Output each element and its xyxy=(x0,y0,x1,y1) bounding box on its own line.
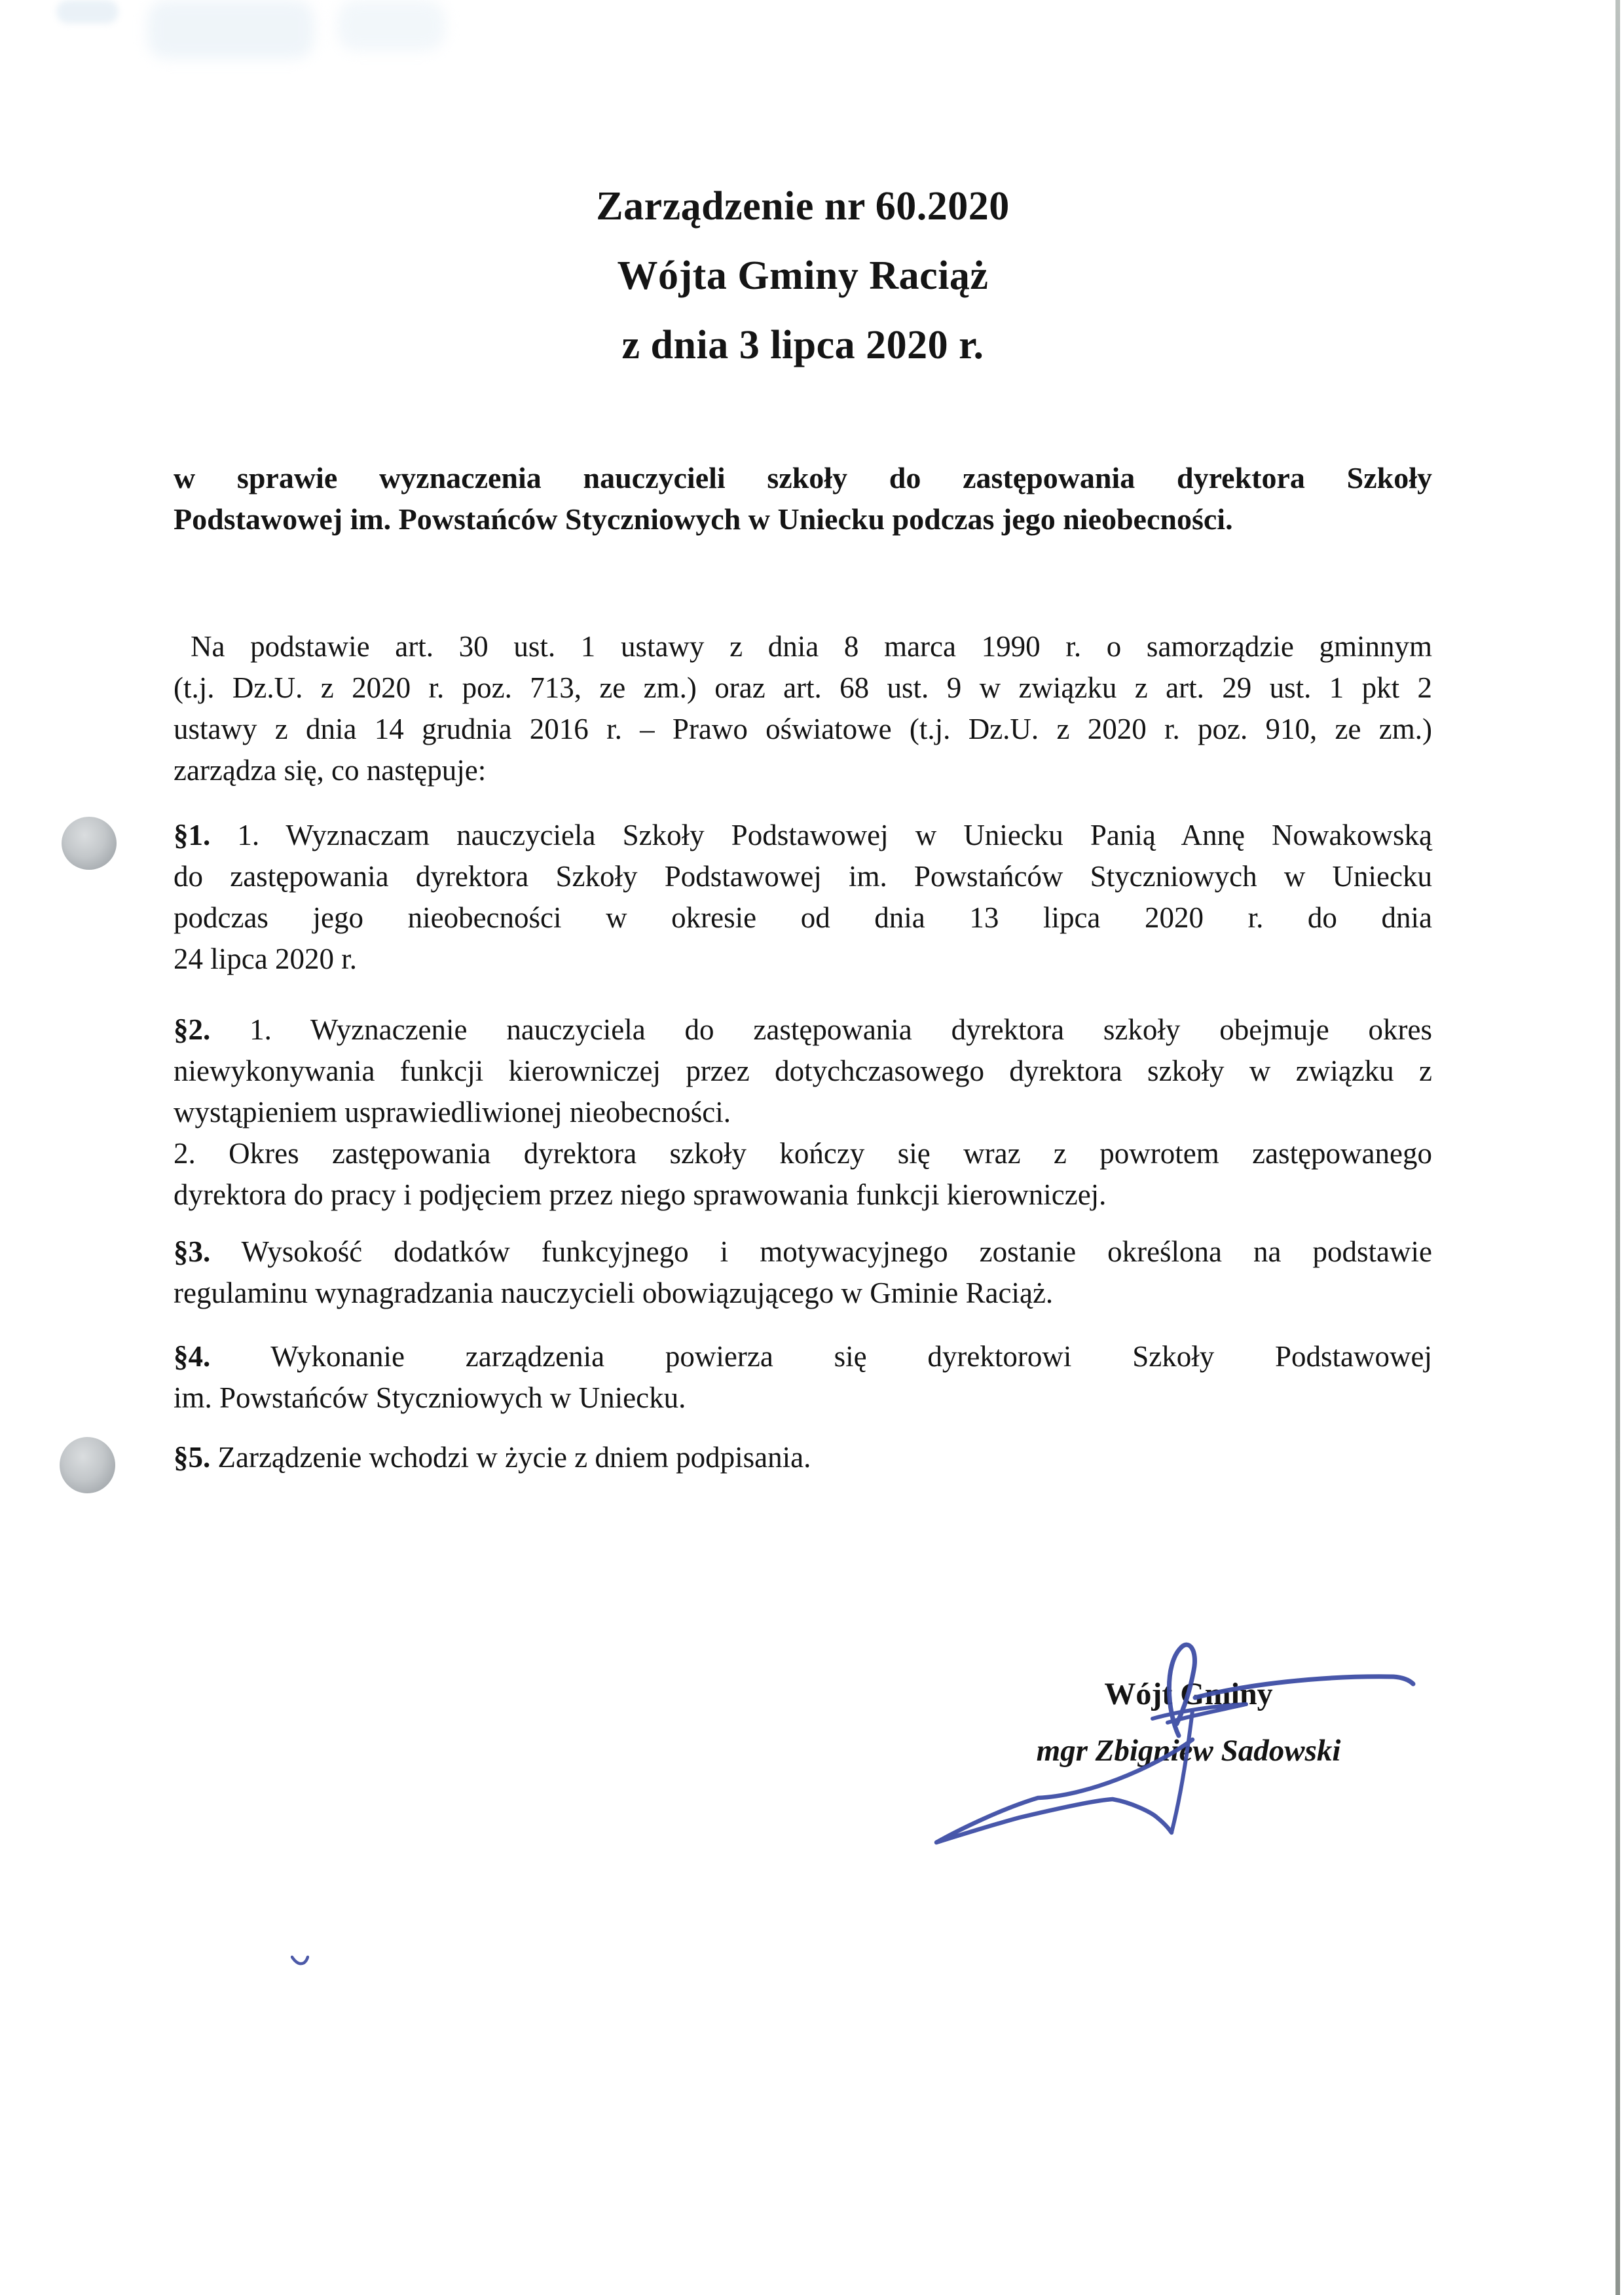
scan-smudge xyxy=(56,0,119,24)
scan-page-edge xyxy=(1615,0,1620,2295)
title-line-issuer: Wójta Gminy Raciąż xyxy=(174,241,1432,310)
scanned-document-page: Zarządzenie nr 60.2020 Wójta Gminy Racią… xyxy=(0,0,1624,2295)
hole-punch-mark xyxy=(62,817,117,870)
section-paragraph-5: §5. Zarządzenie wchodzi w życie z dniem … xyxy=(174,1437,1432,1478)
section-paragraph-4: §4. Wykonanie zarządzenia powierza się d… xyxy=(174,1336,1432,1419)
section-label: §3. xyxy=(174,1235,210,1268)
document-title: Zarządzenie nr 60.2020 Wójta Gminy Racią… xyxy=(174,172,1432,380)
section-label: §4. xyxy=(174,1340,210,1373)
pen-check-mark xyxy=(291,1954,309,1968)
title-line-number: Zarządzenie nr 60.2020 xyxy=(174,172,1432,241)
section-label: §1. xyxy=(174,819,210,851)
hole-punch-mark xyxy=(60,1437,115,1493)
document-subject: w sprawie wyznaczenia nauczycieli szkoły… xyxy=(174,457,1432,540)
section-paragraph-2: §2. 1. Wyznaczenie nauczyciela do zastęp… xyxy=(174,1009,1432,1216)
section-label: §5. xyxy=(174,1441,210,1474)
section-label: §2. xyxy=(174,1013,210,1046)
title-line-date: z dnia 3 lipca 2020 r. xyxy=(174,310,1432,380)
section-paragraph-3: §3. Wysokość dodatków funkcyjnego i moty… xyxy=(174,1231,1432,1314)
handwritten-signature xyxy=(933,1637,1421,1854)
legal-preamble: Na podstawie art. 30 ust. 1 ustawy z dni… xyxy=(174,626,1432,791)
document-body: Zarządzenie nr 60.2020 Wójta Gminy Racią… xyxy=(174,0,1432,1478)
section-paragraph-1: §1. 1. Wyznaczam nauczyciela Szkoły Pods… xyxy=(174,815,1432,980)
